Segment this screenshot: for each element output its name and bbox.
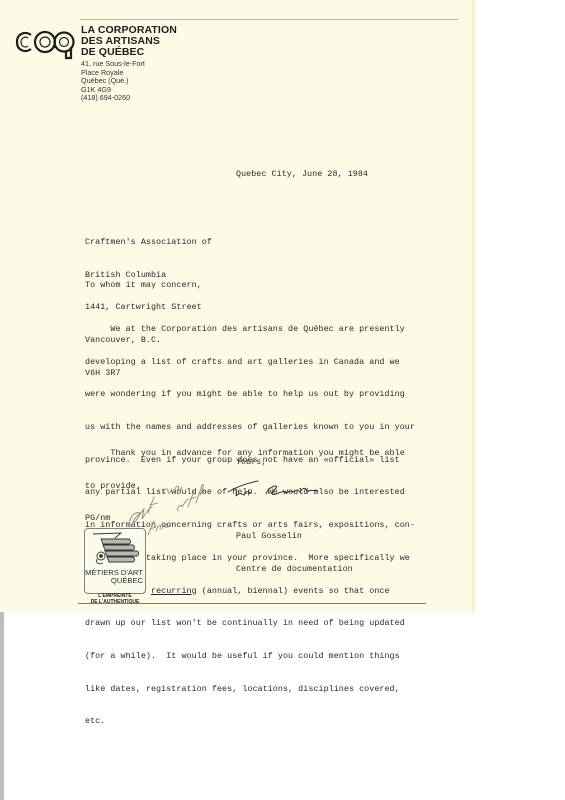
organization-address: 41, rue Sous-le-Fort Place Royale Québec…	[81, 60, 145, 103]
cag-logo-icon	[14, 26, 76, 60]
closing: Yours,	[236, 457, 266, 468]
recipient-line: British Columbia	[85, 270, 212, 281]
metiers-name: MÉTIERS D'ART QUÉBEC	[85, 569, 143, 586]
signature-icon	[224, 474, 324, 504]
body-line: like dates, registration fees, locations…	[85, 684, 415, 695]
metiers-dart-logo: MÉTIERS D'ART QUÉBEC	[84, 528, 146, 594]
body-line: etc.	[85, 716, 415, 727]
letter-date: Quebec City, June 28, 1984	[236, 169, 368, 180]
body-line: were wondering if you might be able to h…	[85, 389, 415, 400]
underlined-word: recurring	[151, 586, 197, 596]
tagline-line: DE L'AUTHENTIQUE	[84, 600, 146, 606]
hand-book-logo-icon	[85, 529, 145, 569]
metiers-tagline: L'EMPREINTE DE L'AUTHENTIQUE	[84, 594, 146, 605]
body-line: We at the Corporation des artisans de Qu…	[85, 324, 415, 335]
recipient-line: Craftmen's Association of	[85, 237, 212, 248]
metiers-name-line2: QUÉBEC	[111, 576, 143, 585]
body-text: (annual, biennal) events so that once	[197, 586, 390, 596]
org-name-line: DE QUÉBEC	[81, 47, 177, 58]
letterhead-rule	[80, 19, 458, 20]
signer-title: Centre de documentation	[236, 564, 353, 575]
signer-block: Paul Gosselin Centre de documentation	[236, 509, 353, 585]
body-line: developing a list of crafts and art gall…	[85, 357, 415, 368]
organization-name: LA CORPORATION DES ARTISANS DE QUÉBEC	[81, 25, 177, 58]
body-line: drawn up our list won't be continually i…	[85, 618, 415, 629]
paper-edge	[472, 0, 476, 612]
scan-edge	[0, 612, 4, 800]
body-line: (for a while). It would be useful if you…	[85, 651, 415, 662]
phone-number: (418) 694-0260	[81, 94, 145, 103]
signer-name: Paul Gosselin	[236, 531, 353, 542]
salutation: To whom it may concern,	[85, 280, 202, 291]
typist-initials: PG/nm	[85, 513, 110, 524]
